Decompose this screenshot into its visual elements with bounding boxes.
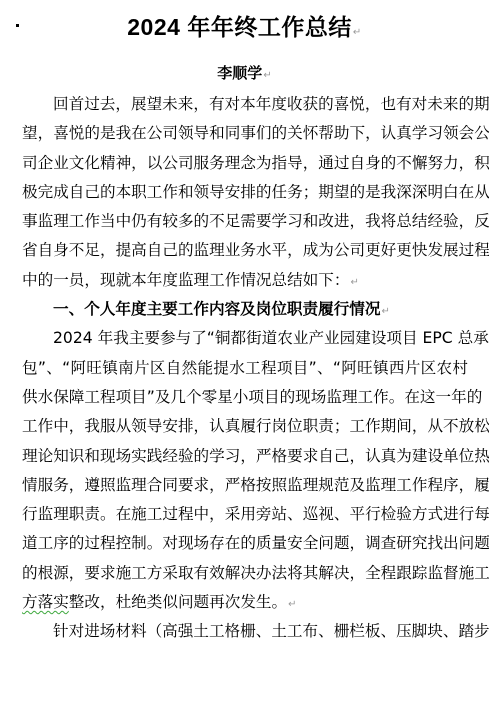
paragraph-mark-icon: ↵ xyxy=(353,27,362,38)
line-text: 包”、“阿旺镇南片区自然能提水工程项目”、“阿旺镇西片区农村 xyxy=(22,359,468,377)
text-line: 理论知识和现场实践经验的学习，严格要求自己，认真为建设单位热 xyxy=(22,442,468,471)
text-line: 2024 年我主要参与了“铜都街道农业产业园建设项目 EPC 总承 xyxy=(22,324,468,353)
line-text: 整改，杜绝类似问题再次发生。 xyxy=(69,593,287,611)
text-line: 省自身不足，提高自己的监理业务水平，成为公司更好更快发展过程 xyxy=(22,236,468,265)
line-text: 供水保障工程项目”及几个零星小项目的现场监理工作。在这一年的 xyxy=(22,388,482,406)
line-text: 理论知识和现场实践经验的学习，严格要求自己，认真为建设单位热 xyxy=(22,447,489,465)
text-line: 包”、“阿旺镇南片区自然能提水工程项目”、“阿旺镇西片区农村 xyxy=(22,354,468,383)
title-text: 2024 年年终工作总结 xyxy=(127,14,352,40)
line-text: 省自身不足，提高自己的监理业务水平，成为公司更好更快发展过程 xyxy=(22,241,489,259)
text-line: 中的一员，现就本年度监理工作情况总结如下：↵ xyxy=(22,266,468,295)
document-title[interactable]: 2024 年年终工作总结↵ xyxy=(0,12,489,48)
line-text: 情服务，遵照监理合同要求，严格按照监理规范及监理工作程序，履 xyxy=(22,476,489,494)
grammar-flagged-text[interactable]: 方落实 xyxy=(22,593,69,611)
line-text: 行监理职责。在施工过程中，采用旁站、巡视、平行检验方式进行每 xyxy=(22,505,489,523)
paragraph-mark-icon: ↵ xyxy=(288,599,296,610)
line-text: 事监理工作当中仍有较多的不足需要学习和改进，我将总结经验，反 xyxy=(22,212,489,230)
section-heading: 一、个人年度主要工作内容及岗位职责履行情况↵ xyxy=(22,295,468,324)
author-text: 李顺学 xyxy=(217,64,262,82)
text-line: 道工序的过程控制。对现场存在的质量安全问题，调查研究找出问题 xyxy=(22,529,468,558)
text-line: 供水保障工程项目”及几个零星小项目的现场监理工作。在这一年的 xyxy=(22,383,468,412)
text-line: 行监理职责。在施工过程中，采用旁站、巡视、平行检验方式进行每 xyxy=(22,500,468,529)
paragraph-mark-icon: ↵ xyxy=(350,277,358,288)
text-line: 情服务，遵照监理合同要求，严格按照监理规范及监理工作程序，履 xyxy=(22,471,468,500)
line-text: 的根源，要求施工方采取有效解决办法将其解决，全程跟踪监督施工 xyxy=(22,564,489,582)
text-line: 方落实整改，杜绝类似问题再次发生。↵ xyxy=(22,588,468,617)
line-text: 道工序的过程控制。对现场存在的质量安全问题，调查研究找出问题 xyxy=(22,534,489,552)
document-body[interactable]: 回首过去，展望未来，有对本年度收获的喜悦，也有对未来的期望，喜悦的是我在公司领导… xyxy=(22,90,468,647)
text-line: 司企业文化精神，以公司服务理念为指导，通过自身的不懈努力，积 xyxy=(22,149,468,178)
document-author[interactable]: 李顺学↵ xyxy=(0,63,489,86)
line-text: 一、个人年度主要工作内容及岗位职责履行情况 xyxy=(53,300,380,318)
text-line: 望，喜悦的是我在公司领导和同事们的关怀帮助下，认真学习领会公 xyxy=(22,119,468,148)
line-text: 极完成自己的本职工作和领导安排的任务；期望的是我深深明白在从 xyxy=(22,183,489,201)
line-text: 司企业文化精神，以公司服务理念为指导，通过自身的不懈努力，积 xyxy=(22,154,489,172)
line-text: 望，喜悦的是我在公司领导和同事们的关怀帮助下，认真学习领会公 xyxy=(22,124,489,142)
line-text: 2024 年我主要参与了“铜都街道农业产业园建设项目 EPC 总承 xyxy=(53,329,489,347)
text-line: 回首过去，展望未来，有对本年度收获的喜悦，也有对未来的期 xyxy=(22,90,468,119)
line-text: 回首过去，展望未来，有对本年度收获的喜悦，也有对未来的期 xyxy=(53,95,489,113)
paragraph-mark-icon: ↵ xyxy=(263,70,271,81)
text-line: 针对进场材料（高强土工格栅、土工布、栅栏板、压脚块、踏步 xyxy=(22,617,468,646)
line-text: 针对进场材料（高强土工格栅、土工布、栅栏板、压脚块、踏步 xyxy=(53,622,489,640)
paragraph-mark-icon: ↵ xyxy=(381,306,389,317)
text-line: 极完成自己的本职工作和领导安排的任务；期望的是我深深明白在从 xyxy=(22,178,468,207)
text-line: 事监理工作当中仍有较多的不足需要学习和改进，我将总结经验，反 xyxy=(22,207,468,236)
line-text: 工作中，我服从领导安排，认真履行岗位职责；工作期间，从不放松 xyxy=(22,417,489,435)
text-line: 工作中，我服从领导安排，认真履行岗位职责；工作期间，从不放松 xyxy=(22,412,468,441)
text-line: 的根源，要求施工方采取有效解决办法将其解决，全程跟踪监督施工 xyxy=(22,559,468,588)
line-text: 中的一员，现就本年度监理工作情况总结如下： xyxy=(22,271,349,289)
